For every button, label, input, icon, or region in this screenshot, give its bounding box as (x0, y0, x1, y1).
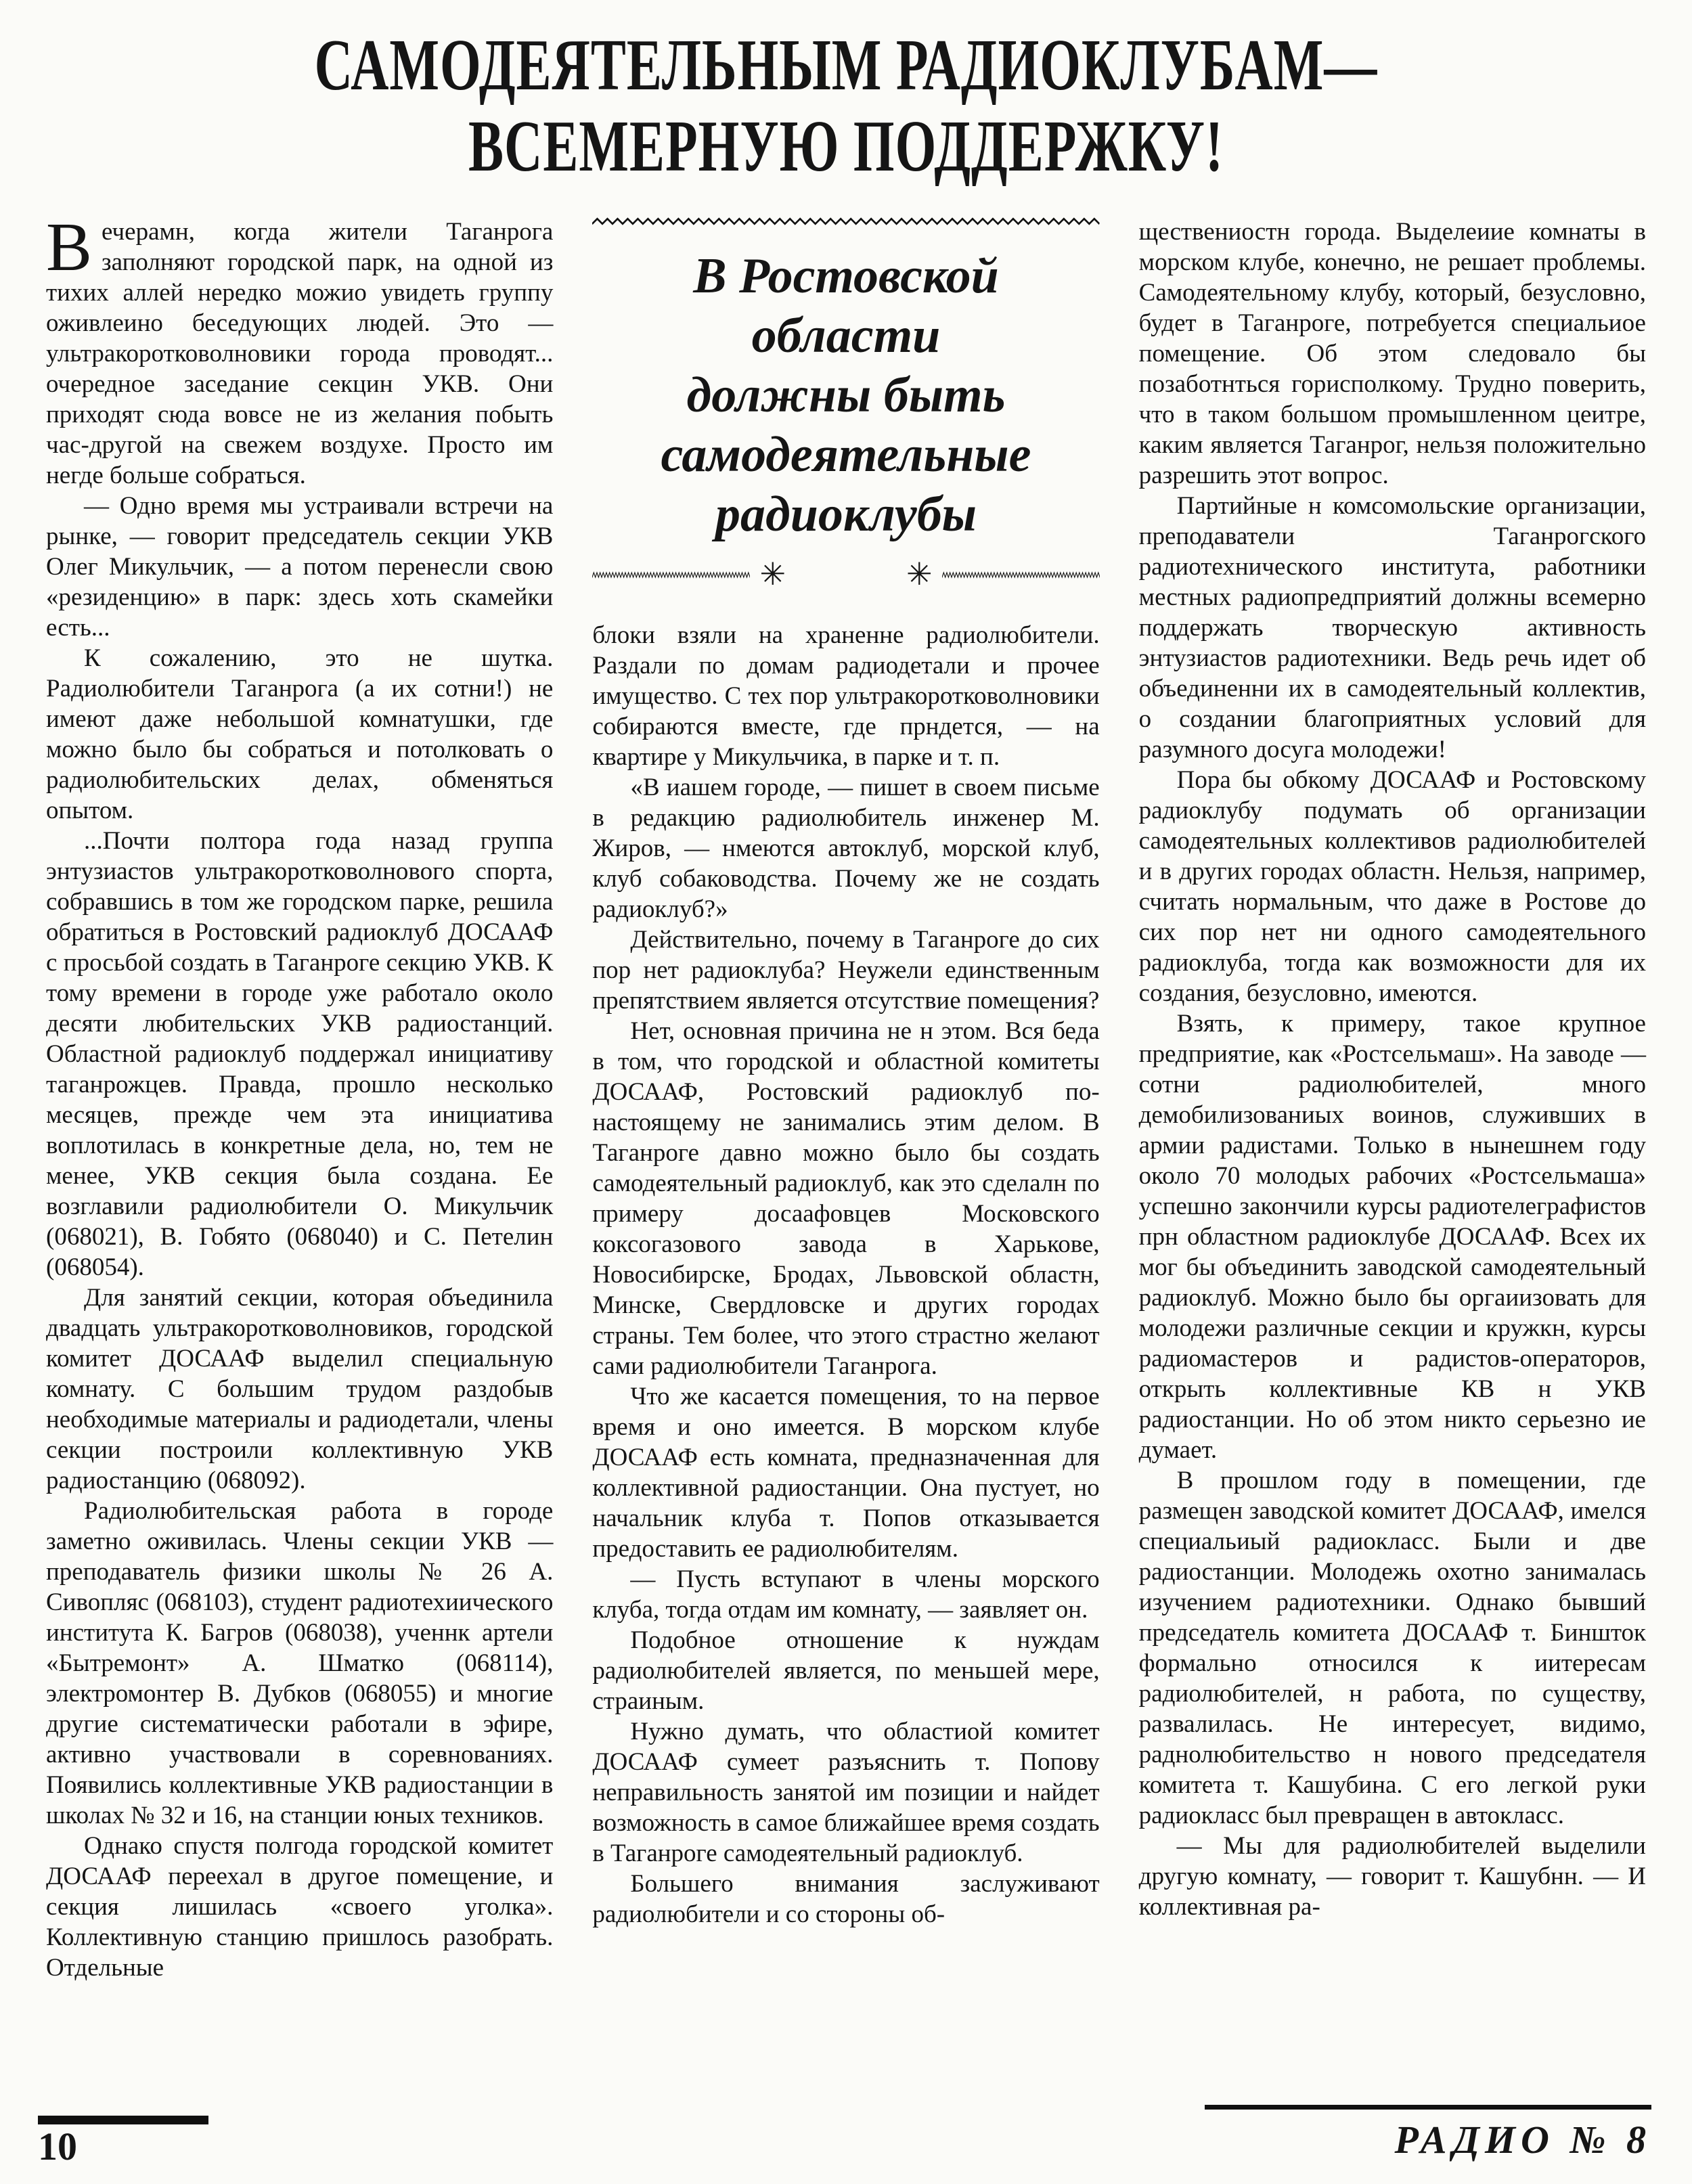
ornament-row: ✳ ✳ (592, 559, 1099, 590)
paragraph: Что же касается помещения, то на первое … (592, 1381, 1099, 1564)
column-1: Вечерамн, когда жители Таганрога заполня… (46, 217, 553, 1983)
paragraph: блоки взяли на храненне радиолюбители. Р… (592, 620, 1099, 772)
column-2: В Ростовской области должны быть самодея… (592, 217, 1099, 1983)
paragraph: Пора бы обкому ДОСААФ и Ростовскому ради… (1139, 765, 1646, 1008)
feature-heading: В Ростовской области должны быть самодея… (592, 217, 1099, 590)
paragraph: Для занятий секции, которая объединила д… (46, 1283, 553, 1496)
magazine-page: САМОДЕЯТЕЛЬНЫМ РАДИОКЛУБАМ— ВСЕМЕРНУЮ ПО… (0, 0, 1692, 2184)
masthead: САМОДЕЯТЕЛЬНЫМ РАДИОКЛУБАМ— ВСЕМЕРНУЮ ПО… (0, 0, 1692, 187)
paragraph: Взять, к примеру, такое крупное предприя… (1139, 1008, 1646, 1465)
paragraph: Вечерамн, когда жители Таганрога заполня… (46, 217, 553, 491)
zigzag-rule-icon (942, 571, 1100, 579)
page-number-rule (38, 2116, 208, 2124)
headline-line-1: САМОДЕЯТЕЛЬНЫМ РАДИОКЛУБАМ— (0, 24, 1692, 106)
feature-title-line: области (592, 306, 1099, 365)
paragraph: — Пусть вступают в члены морского клуба,… (592, 1564, 1099, 1625)
asterisk-icon: ✳ (897, 559, 942, 590)
columns: Вечерамн, когда жители Таганрога заполня… (46, 217, 1646, 1983)
headline-text: ВСЕМЕРНУЮ ПОДДЕРЖКУ! (468, 104, 1224, 188)
paragraph: Однако спустя полгода городской комитет … (46, 1831, 553, 1983)
feature-title-line: самодеятельные (592, 425, 1099, 485)
paragraph: Партийные н комсомольские организации, п… (1139, 491, 1646, 765)
drop-cap: В (46, 217, 102, 275)
headline-text: САМОДЕЯТЕЛЬНЫМ РАДИОКЛУБАМ— (315, 23, 1378, 107)
headline-line-2: ВСЕМЕРНУЮ ПОДДЕРЖКУ! (0, 106, 1692, 187)
feature-title-line: должны быть (592, 365, 1099, 425)
paragraph: Большего внимания заслуживают радиолюбит… (592, 1869, 1099, 1930)
column-3: ществениостн города. Выделеиие комнаты в… (1139, 217, 1646, 1983)
paragraph: Подобное отношение к нуждам радиолюбител… (592, 1625, 1099, 1716)
journal-title: РАДИО № 8 (1205, 2120, 1651, 2160)
feature-title: В Ростовской области должны быть самодея… (592, 246, 1099, 544)
paragraph: ществениостн города. Выделеиие комнаты в… (1139, 217, 1646, 491)
zigzag-rule-icon (592, 571, 750, 579)
paragraph: Радиолюбительская работа в городе заметн… (46, 1496, 553, 1831)
asterisk-icon: ✳ (750, 559, 795, 590)
paragraph: К сожалению, это не шутка. Радиолюбители… (46, 643, 553, 826)
paragraph: «В иашем городе, — пишет в своем письме … (592, 772, 1099, 924)
feature-title-line: радиоклубы (592, 485, 1099, 544)
paragraph: ...Почти полтора года назад группа энтуз… (46, 826, 553, 1283)
paragraph: Действительно, почему в Таганроге до сих… (592, 924, 1099, 1016)
journal-rule (1205, 2105, 1651, 2110)
feature-title-line: В Ростовской (592, 246, 1099, 306)
paragraph: — Одно время мы устраивали встречи на ры… (46, 491, 553, 643)
paragraph: Нет, основная причина не н этом. Вся бед… (592, 1016, 1099, 1381)
paragraph: — Мы для радиолюбителей выделили другую … (1139, 1831, 1646, 1922)
paragraph: Нужно думать, что областиой комитет ДОСА… (592, 1716, 1099, 1869)
zigzag-rule-icon (592, 217, 1099, 226)
footer-left: 10 (38, 2116, 208, 2166)
footer-right: РАДИО № 8 (1205, 2105, 1651, 2160)
page-number: 10 (38, 2127, 208, 2166)
paragraph: В прошлом году в помещении, где размещен… (1139, 1465, 1646, 1831)
paragraph-text: ечерамн, когда жители Таганрога заполняю… (46, 218, 553, 489)
